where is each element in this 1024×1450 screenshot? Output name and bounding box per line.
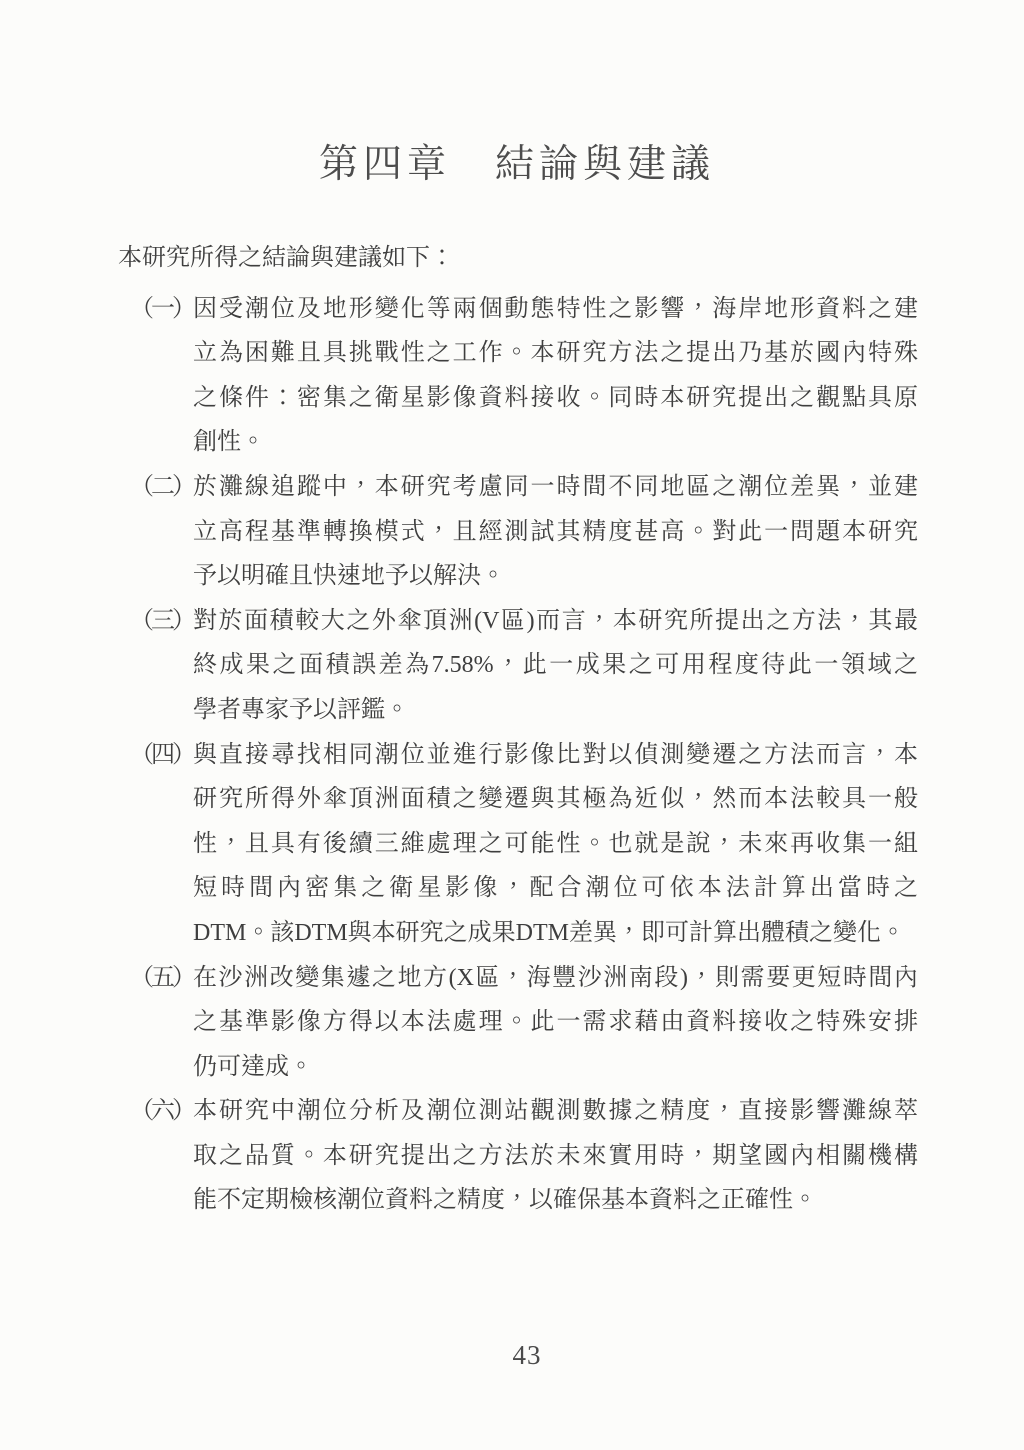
- text-line: 研究所得外傘頂洲面積之變遷與其極為近似，然而本法較具一般: [193, 777, 918, 822]
- list-item: （五） 在沙洲改變集遽之地方(X區，海豐沙洲南段)，則需要更短時間內 之基準影像…: [118, 956, 918, 1090]
- list-item: （三） 對於面積較大之外傘頂洲(V區)而言，本研究所提出之方法，其最 終成果之面…: [118, 599, 918, 733]
- text-line: 在沙洲改變集遽之地方(X區，海豐沙洲南段)，則需要更短時間內: [193, 956, 918, 1001]
- text-line: 仍可達成。: [193, 1045, 918, 1090]
- text-line: 取之品質。本研究提出之方法於未來實用時，期望國內相關機構: [193, 1134, 918, 1179]
- list-item: （四） 與直接尋找相同潮位並進行影像比對以偵測變遷之方法而言，本 研究所得外傘頂…: [118, 733, 918, 956]
- text-line: 因受潮位及地形變化等兩個動態特性之影響，海岸地形資料之建: [193, 287, 918, 332]
- page-number: 43: [0, 1340, 1024, 1371]
- text-line: 性，且具有後續三維處理之可能性。也就是說，未來再收集一組: [193, 822, 918, 867]
- list-item: （二） 於灘線追蹤中，本研究考慮同一時間不同地區之潮位差異，並建 立高程基準轉換…: [118, 465, 918, 599]
- chapter-title: 第四章 結論與建議: [0, 133, 1024, 189]
- text-line: 予以明確且快速地予以解決。: [193, 554, 918, 599]
- text-line: 學者專家予以評鑑。: [193, 688, 918, 733]
- text-line: DTM。該DTM與本研究之成果DTM差異，即可計算出體積之變化。: [193, 911, 918, 956]
- text-line: 於灘線追蹤中，本研究考慮同一時間不同地區之潮位差異，並建: [193, 465, 918, 510]
- text-line: 與直接尋找相同潮位並進行影像比對以偵測變遷之方法而言，本: [193, 733, 918, 778]
- list-item-label: （一）: [130, 287, 193, 332]
- text-line: 本研究中潮位分析及潮位測站觀測數據之精度，直接影響灘線萃: [193, 1089, 918, 1134]
- text-line: 終成果之面積誤差為7.58%，此一成果之可用程度待此一領域之: [193, 643, 918, 688]
- list-item-label: （四）: [130, 733, 193, 778]
- list-item: （一） 因受潮位及地形變化等兩個動態特性之影響，海岸地形資料之建 立為困難且具挑…: [118, 287, 918, 465]
- text-line: 對於面積較大之外傘頂洲(V區)而言，本研究所提出之方法，其最: [193, 599, 918, 644]
- list-item-label: （五）: [130, 956, 193, 1001]
- text-line: 之條件：密集之衛星影像資料接收。同時本研究提出之觀點具原: [193, 376, 918, 421]
- text-line: 立高程基準轉換模式，且經測試其精度甚高。對此一問題本研究: [193, 510, 918, 555]
- list-item-label: （六）: [130, 1089, 193, 1134]
- text-line: 創性。: [193, 420, 918, 465]
- list-item-label: （二）: [130, 465, 193, 510]
- text-line: 之基準影像方得以本法處理。此一需求藉由資料接收之特殊安排: [193, 1000, 918, 1045]
- intro-text: 本研究所得之結論與建議如下：: [118, 236, 918, 281]
- text-line: 立為困難且具挑戰性之工作。本研究方法之提出乃基於國內特殊: [193, 331, 918, 376]
- list-item: （六） 本研究中潮位分析及潮位測站觀測數據之精度，直接影響灘線萃 取之品質。本研…: [118, 1089, 918, 1223]
- page: 第四章 結論與建議 本研究所得之結論與建議如下： （一） 因受潮位及地形變化等兩…: [0, 0, 1024, 1450]
- body-text: 本研究所得之結論與建議如下： （一） 因受潮位及地形變化等兩個動態特性之影響，海…: [118, 236, 918, 1223]
- text-line: 短時間內密集之衛星影像，配合潮位可依本法計算出當時之: [193, 866, 918, 911]
- list-item-label: （三）: [130, 599, 193, 644]
- text-line: 能不定期檢核潮位資料之精度，以確保基本資料之正確性。: [193, 1178, 918, 1223]
